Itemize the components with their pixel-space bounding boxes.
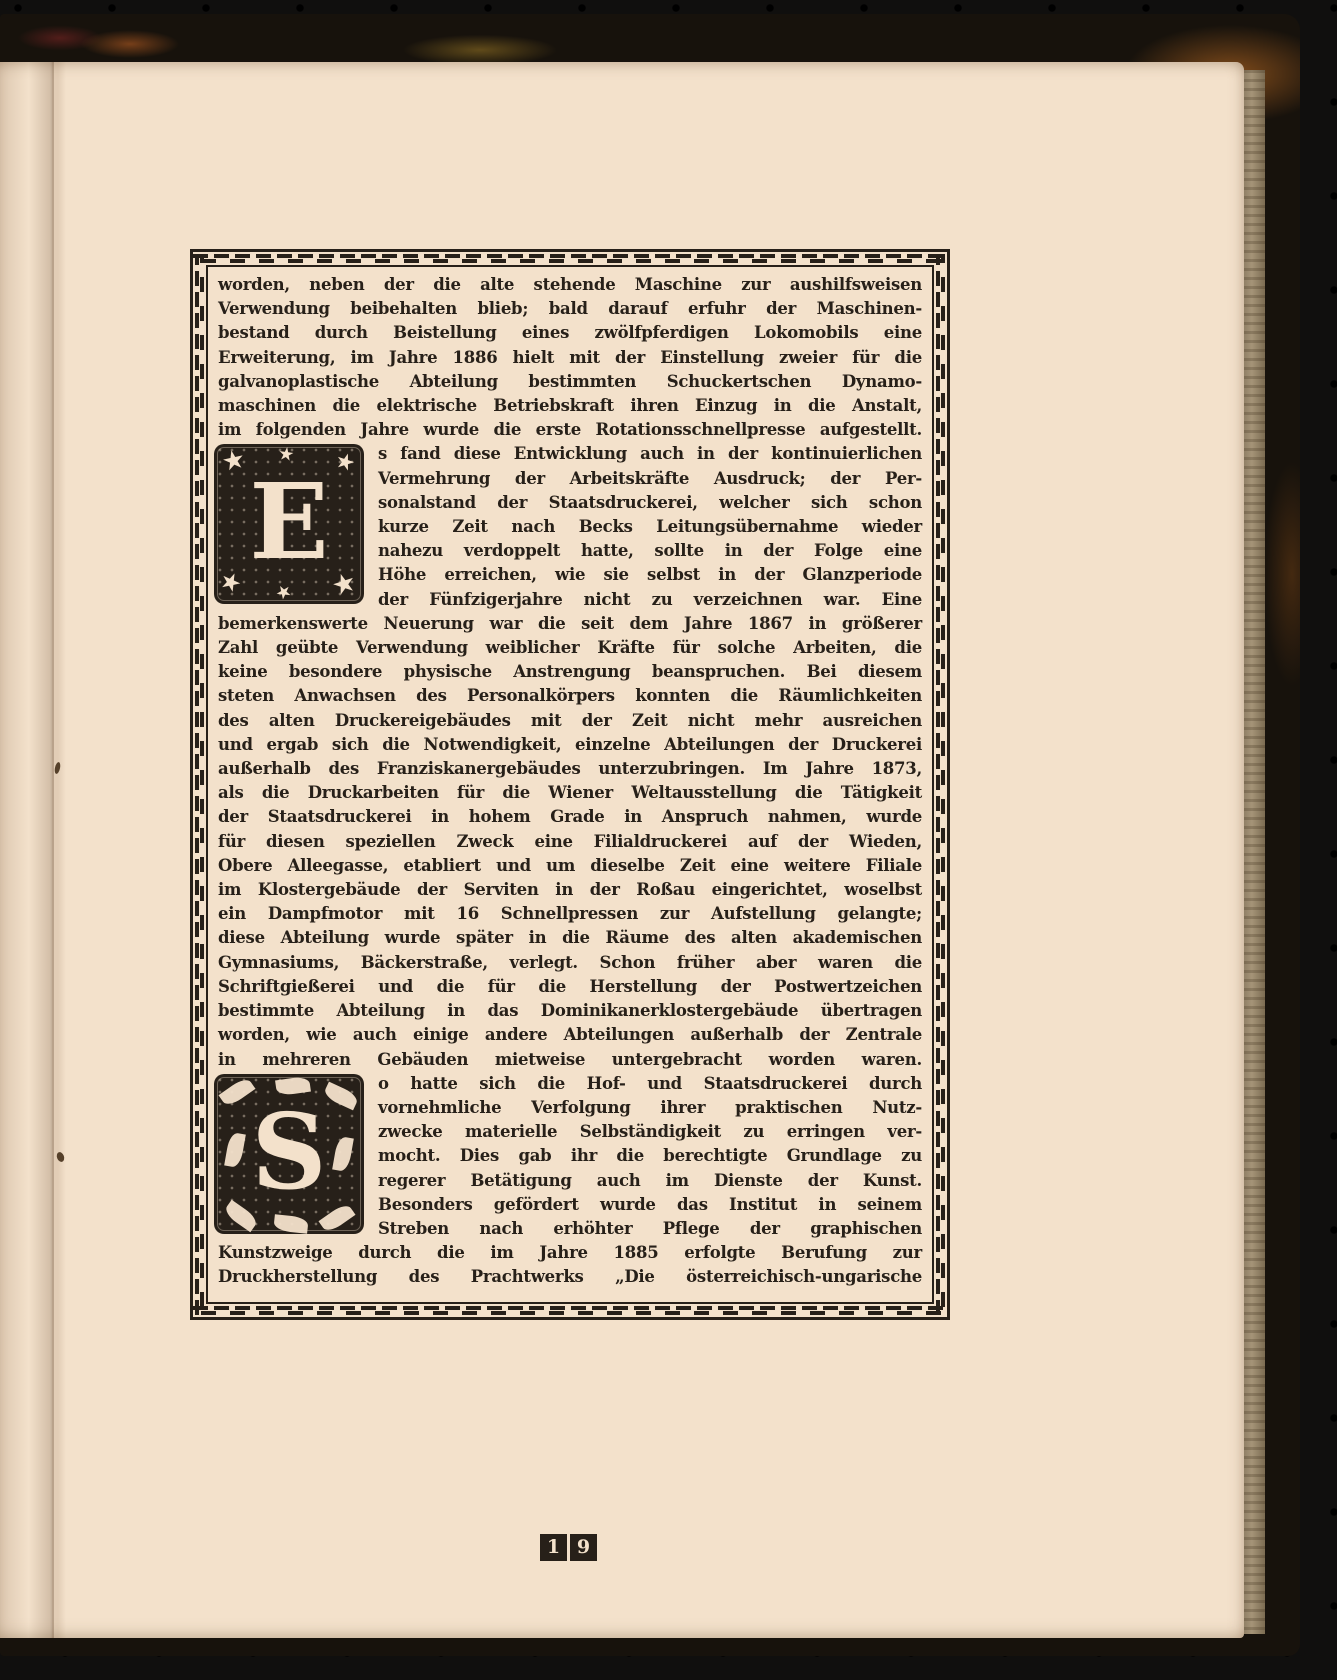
leaf-icon bbox=[273, 1214, 308, 1233]
page-number-digit: 9 bbox=[570, 1534, 597, 1561]
page-gutter bbox=[52, 62, 66, 1638]
leaf-icon bbox=[332, 1136, 354, 1172]
drop-cap-S-woodcut: S bbox=[214, 1074, 364, 1234]
paragraph-1-text: worden, neben der die alte stehende Masc… bbox=[218, 275, 922, 439]
paragraph-2: ★★★★★★Es fand diese Entwicklung auch in … bbox=[218, 442, 922, 1071]
drop-cap-letter: S bbox=[251, 1100, 326, 1204]
paragraph-1: worden, neben der die alte stehende Masc… bbox=[218, 273, 922, 442]
facing-page-edge bbox=[0, 62, 52, 1638]
star-icon: ★ bbox=[332, 450, 357, 477]
frame-chain-bottom bbox=[193, 1306, 947, 1315]
frame-chain-right bbox=[936, 254, 945, 1315]
page-stack-edge bbox=[1243, 70, 1265, 1634]
frame-chain-left bbox=[195, 254, 204, 1315]
page-number: 1 9 bbox=[540, 1534, 597, 1561]
star-icon: ★ bbox=[220, 446, 248, 476]
leaf-icon bbox=[218, 1075, 255, 1108]
drop-cap-E-woodcut: ★★★★★★E bbox=[214, 444, 364, 604]
frame-inner-border: worden, neben der die alte stehende Masc… bbox=[206, 265, 934, 1304]
leaf-icon bbox=[224, 1132, 246, 1168]
frame-chain-top bbox=[193, 254, 947, 263]
drop-cap-letter: E bbox=[249, 470, 328, 574]
paragraph-3: So hatte sich die Hof- und Staatsdrucker… bbox=[218, 1072, 922, 1290]
star-icon: ★ bbox=[216, 567, 245, 598]
photo-backdrop: worden, neben der die alte stehende Masc… bbox=[0, 0, 1337, 1680]
star-icon: ★ bbox=[273, 582, 296, 606]
leaf-icon bbox=[322, 1081, 360, 1110]
book-page: worden, neben der die alte stehende Masc… bbox=[0, 62, 1244, 1638]
text-frame-border: worden, neben der die alte stehende Masc… bbox=[190, 249, 950, 1320]
page-number-digit: 1 bbox=[540, 1534, 567, 1561]
star-icon: ★ bbox=[328, 568, 359, 601]
page-text: worden, neben der die alte stehende Masc… bbox=[208, 267, 932, 1296]
